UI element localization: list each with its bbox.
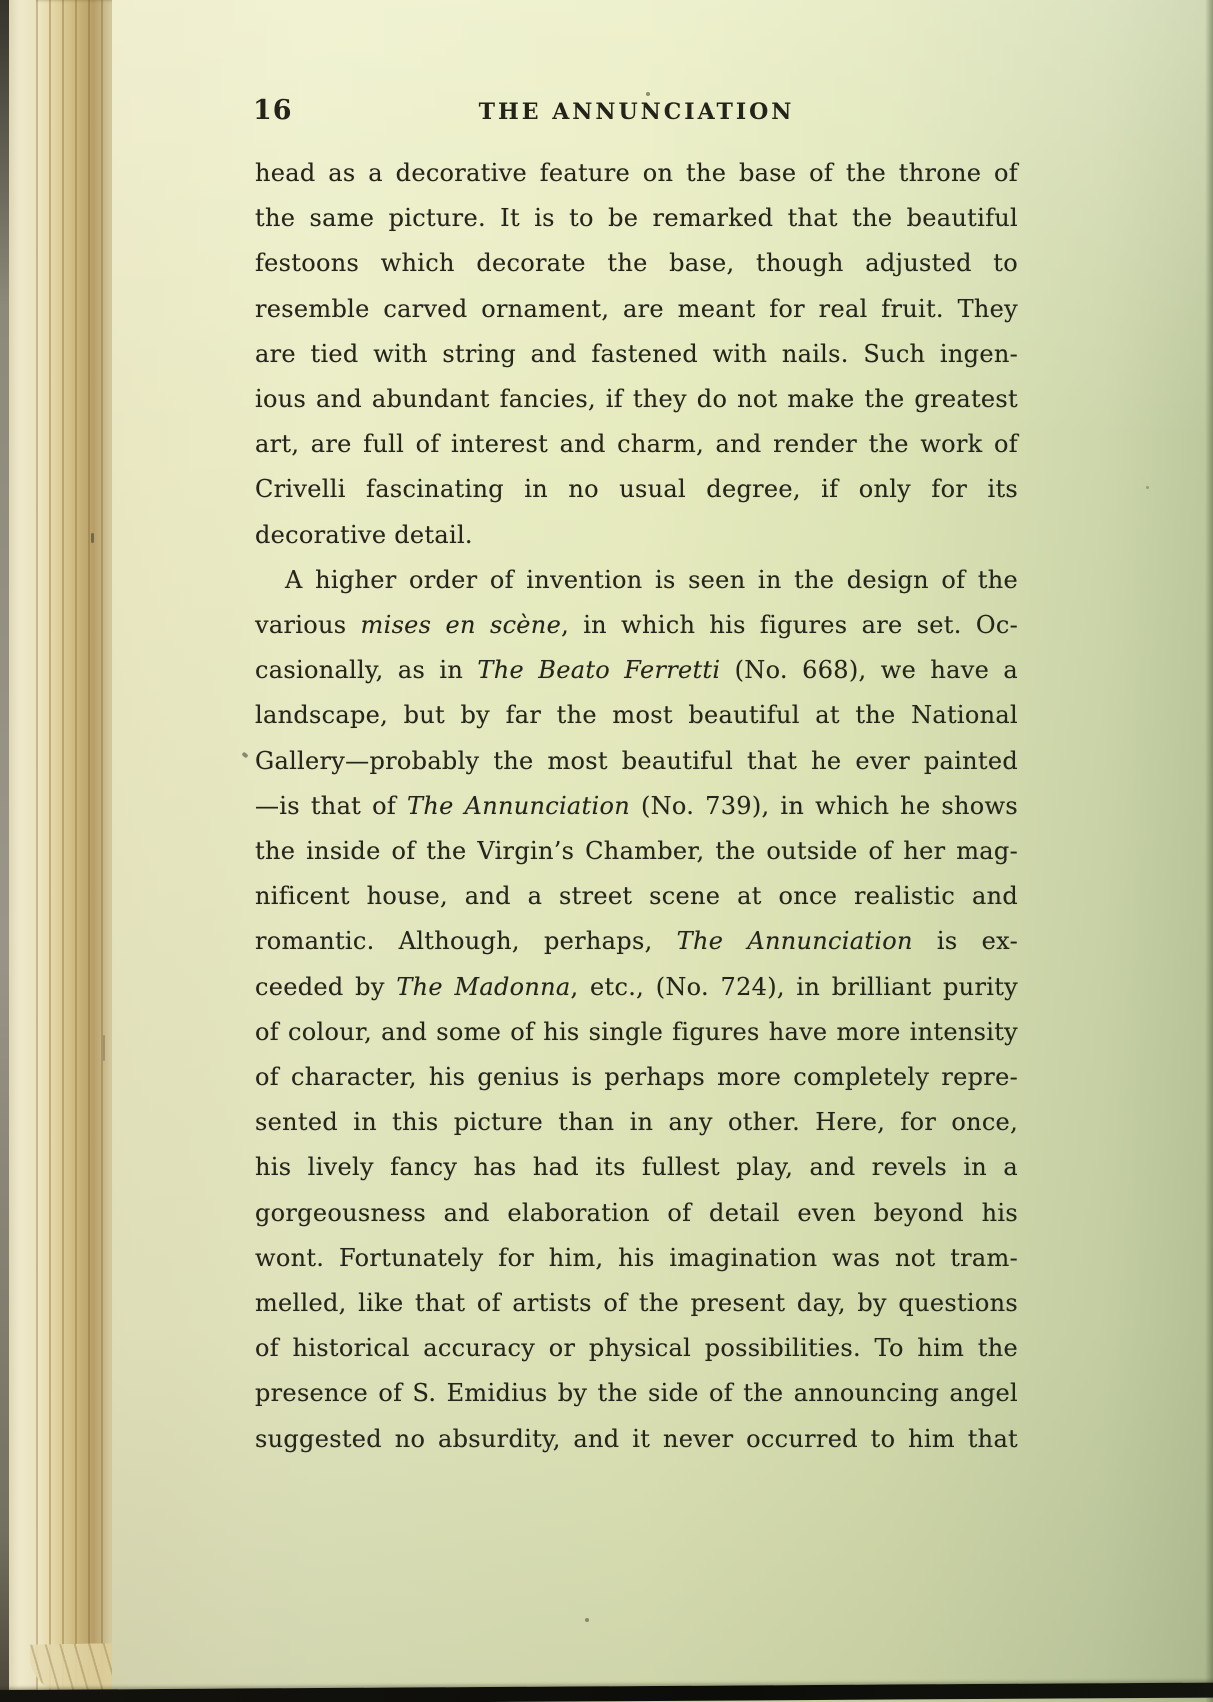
body-line: Gallery—probably the most beautiful that…: [255, 739, 1018, 784]
body-line: are tied with string and fastened with n…: [255, 332, 1018, 377]
body-text: resemble carved ornament, are meant for …: [255, 295, 1018, 323]
body-text: festoons which decorate the base, though…: [255, 249, 1018, 277]
body-line: various mises en scène, in which his fig…: [255, 603, 1018, 648]
body-line: ious and abundant fancies, if they do no…: [255, 377, 1018, 422]
body-text: gorgeousness and elaboration of detail e…: [255, 1199, 1018, 1227]
running-header: THE ANNUNCIATION: [255, 99, 1018, 125]
body-text: romantic. Although, perhaps,: [255, 927, 677, 955]
page-edge-stack: [36, 0, 118, 1702]
body-line: his lively fancy has had its fullest pla…: [255, 1145, 1018, 1190]
body-text: (No. 668), we have a: [720, 656, 1018, 684]
body-text: various: [255, 611, 361, 639]
body-text: decorative detail.: [255, 521, 473, 549]
body-text: Gallery—probably the most beautiful that…: [255, 747, 1018, 775]
book-scan: 16 THE ANNUNCIATION head as a decorative…: [0, 0, 1213, 1702]
body-text: casionally, as in: [255, 656, 477, 684]
body-text: is ex-: [913, 927, 1018, 955]
scan-artifact: [1146, 486, 1149, 489]
body-line: romantic. Although, perhaps, The Annunci…: [255, 919, 1018, 964]
body-line: decorative detail.: [255, 513, 1018, 558]
body-text: landscape, but by far the most beautiful…: [255, 701, 1018, 729]
body-text: head as a decorative feature on the base…: [255, 159, 1018, 187]
text-block: head as a decorative feature on the base…: [255, 151, 1018, 1462]
body-text: of colour, and some of his single figure…: [255, 1018, 1018, 1046]
body-text: —is that of: [255, 792, 407, 820]
body-line: art, are full of interest and charm, and…: [255, 422, 1018, 467]
body-line: head as a decorative feature on the base…: [255, 151, 1018, 196]
body-text: suggested no absurdity, and it never occ…: [255, 1425, 1018, 1453]
body-text: A higher order of invention is seen in t…: [285, 566, 1018, 594]
body-line: casionally, as in The Beato Ferretti (No…: [255, 648, 1018, 693]
body-text: of character, his genius is perhaps more…: [255, 1063, 1018, 1091]
scan-artifact: [91, 533, 94, 543]
body-text: wont. Fortunately for him, his imaginati…: [255, 1244, 1018, 1272]
body-line: A higher order of invention is seen in t…: [255, 558, 1018, 603]
body-line: the inside of the Virgin’s Chamber, the …: [255, 829, 1018, 874]
body-text: the same picture. It is to be remarked t…: [255, 204, 1018, 232]
body-text: Crivelli fascinating in no usual degree,…: [255, 475, 1018, 503]
body-line: of character, his genius is perhaps more…: [255, 1055, 1018, 1100]
body-text: ious and abundant fancies, if they do no…: [255, 385, 1018, 413]
body-line: landscape, but by far the most beautiful…: [255, 693, 1018, 738]
italic-title-text: The Annunciation: [677, 927, 913, 955]
body-text: sented in this picture than in any other…: [255, 1108, 1018, 1136]
scan-artifact: [103, 1035, 105, 1061]
scan-artifact: [585, 1618, 589, 1622]
body-line: presence of S. Emidius by the side of th…: [255, 1371, 1018, 1416]
italic-title-text: The Madonna: [396, 973, 570, 1001]
body-line: festoons which decorate the base, though…: [255, 241, 1018, 286]
body-line: gorgeousness and elaboration of detail e…: [255, 1191, 1018, 1236]
body-text: his lively fancy has had its fullest pla…: [255, 1153, 1018, 1181]
italic-title-text: mises en scène: [361, 611, 562, 639]
book-gutter: [9, 0, 36, 1702]
italic-title-text: The Annunciation: [407, 792, 630, 820]
body-line: resemble carved ornament, are meant for …: [255, 287, 1018, 332]
body-text: ceeded by: [255, 973, 396, 1001]
body-line: of colour, and some of his single figure…: [255, 1010, 1018, 1055]
body-line: the same picture. It is to be remarked t…: [255, 196, 1018, 241]
body-line: of historical accuracy or physical possi…: [255, 1326, 1018, 1371]
scan-artifact: [646, 92, 650, 96]
body-line: sented in this picture than in any other…: [255, 1100, 1018, 1145]
body-text: nificent house, and a street scene at on…: [255, 882, 1018, 910]
body-line: ceeded by The Madonna, etc., (No. 724), …: [255, 965, 1018, 1010]
body-line: Crivelli fascinating in no usual degree,…: [255, 467, 1018, 512]
body-text: (No. 739), in which he shows: [630, 792, 1018, 820]
body-text: art, are full of interest and charm, and…: [255, 430, 1018, 458]
body-line: wont. Fortunately for him, his imaginati…: [255, 1236, 1018, 1281]
body-text: of historical accuracy or physical possi…: [255, 1334, 1018, 1362]
body-text: melled, like that of artists of the pres…: [255, 1289, 1018, 1317]
body-text: , etc., (No. 724), in brilliant purity: [571, 973, 1018, 1001]
body-line: —is that of The Annunciation (No. 739), …: [255, 784, 1018, 829]
body-text: , in which his figures are set. Oc-: [561, 611, 1018, 639]
right-page-shading: [1205, 0, 1213, 1702]
body-text: the inside of the Virgin’s Chamber, the …: [255, 837, 1018, 865]
body-line: nificent house, and a street scene at on…: [255, 874, 1018, 919]
body-text: presence of S. Emidius by the side of th…: [255, 1379, 1018, 1407]
body-text: are tied with string and fastened with n…: [255, 340, 1018, 368]
book-left-edge: [0, 0, 9, 1702]
italic-title-text: The Beato Ferretti: [477, 656, 720, 684]
body-line: melled, like that of artists of the pres…: [255, 1281, 1018, 1326]
body-line: suggested no absurdity, and it never occ…: [255, 1417, 1018, 1462]
